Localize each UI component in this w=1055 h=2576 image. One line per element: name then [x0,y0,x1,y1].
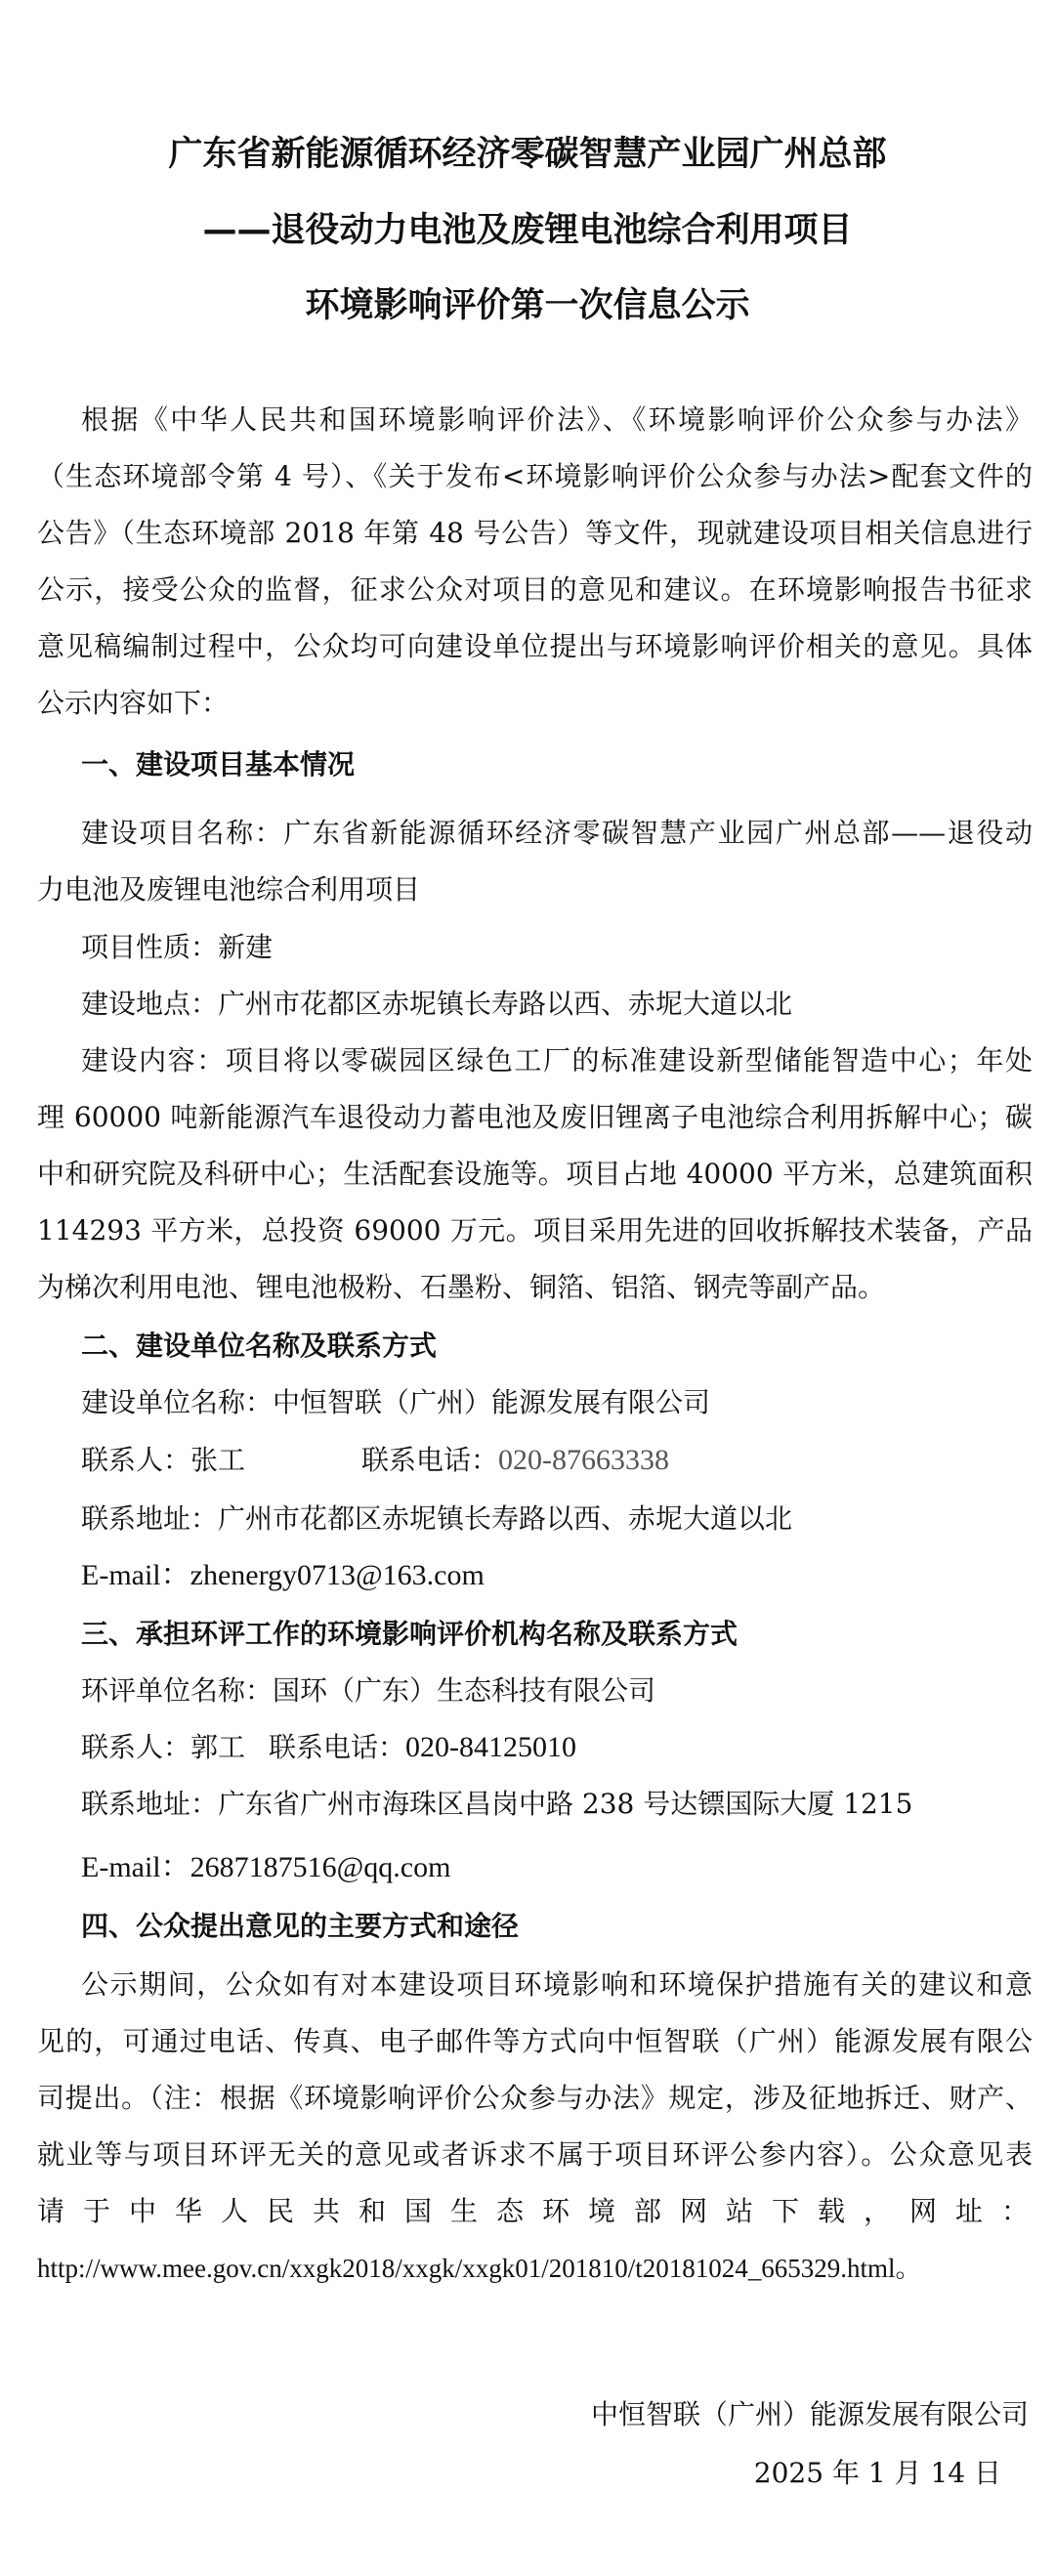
agency-phone: 联系电话：020-84125010 [269,1730,576,1765]
section-heading: 三、承担环评工作的环境影响评价机构名称及联系方式 [81,1617,738,1652]
intro-line: 公示内容如下： [37,686,229,721]
document-title-line-2: ——退役动力电池及废锂电池综合利用项目 [0,209,1055,252]
document-title-line-3: 环境影响评价第一次信息公示 [0,284,1055,327]
project-content-line: 中和研究院及科研中心；生活配套设施等。项目占地 40000 平方米，总建筑面积 [37,1157,1033,1192]
developer-address: 联系地址：广州市花都区赤坭镇长寿路以西、赤坭大道以北 [81,1501,792,1537]
feedback-line: 就业等与项目环评无关的意见或者诉求不属于项目环评公参内容）。公众意见表 [37,2137,1033,2173]
project-nature: 项目性质：新建 [81,930,273,965]
developer-phone: 联系电话：020-87663338 [361,1443,669,1478]
section-heading: 一、建设项目基本情况 [81,747,355,782]
intro-line: 公告》（生态环境部 2018 年第 48 号公告）等文件，现就建设项目相关信息进… [37,516,1033,551]
feedback-line: 见的，可通过电话、传真、电子邮件等方式向中恒智联（广州）能源发展有限公 [37,2024,1033,2059]
intro-line: 公示，接受公众的监督，征求公众对项目的意见和建议。在环境影响报告书征求 [37,572,1033,608]
developer-email: E-mail：zhenergy0713@163.com [81,1558,485,1593]
section-heading: 二、建设单位名称及联系方式 [81,1329,437,1364]
project-content-line: 理 60000 吨新能源汽车退役动力蓄电池及废旧锂离子电池综合利用拆解中心；碳 [37,1100,1033,1135]
phone-number: 020-87663338 [498,1444,669,1476]
feedback-url[interactable]: http://www.mee.gov.cn/xxgk2018/xxgk/xxgk… [37,2251,921,2286]
signature-date: 2025 年 1 月 14 日 [754,2456,1001,2491]
phone-label: 联系电话： [269,1731,405,1763]
phone-label: 联系电话： [361,1444,498,1476]
feedback-line: 司提出。（注：根据《环境影响评价公众参与办法》规定，涉及征地拆迁、财产、 [37,2081,1033,2116]
signature-company: 中恒智联（广州）能源发展有限公司 [591,2397,1029,2432]
agency-contact-person: 联系人：郭工 [81,1730,245,1765]
document-title-line-1: 广东省新能源循环经济零碳智慧产业园广州总部 [0,133,1055,176]
section-heading: 四、公众提出意见的主要方式和途径 [81,1909,519,1944]
intro-line: （生态环境部令第 4 号）、《关于发布<环境影响评价公众参与办法>配套文件的 [37,459,1033,494]
email-label: E-mail： [81,1559,190,1591]
project-content-line: 建设内容：项目将以零碳园区绿色工厂的标准建设新型储能智造中心；年处 [81,1043,1033,1078]
project-name-line: 建设项目名称：广东省新能源循环经济零碳智慧产业园广州总部——退役动 [81,816,1033,851]
feedback-line: 公示期间，公众如有对本建设项目环境影响和环境保护措施有关的建议和意 [81,1967,1033,2003]
project-content-line: 为梯次利用电池、锂电池极粉、石墨粉、铜箔、铝箔、钢壳等副产品。 [37,1270,885,1305]
intro-line: 根据《中华人民共和国环境影响评价法》、《环境影响评价公众参与办法》 [81,402,1033,438]
intro-line: 意见稿编制过程中，公众均可向建设单位提出与环境影响评价相关的意见。具体 [37,629,1033,664]
email-address[interactable]: 2687187516@qq.com [190,1851,451,1883]
agency-email: E-mail：2687187516@qq.com [81,1850,450,1885]
email-label: E-mail： [81,1851,190,1883]
project-name-line: 力电池及废锂电池综合利用项目 [37,872,420,908]
agency-unit-name: 环评单位名称：国环（广东）生态科技有限公司 [81,1673,655,1709]
feedback-line: 请于中华人民共和国生态环境部网站下载，网址： [37,2194,1033,2229]
phone-number: 020-84125010 [405,1731,576,1763]
project-content-line: 114293 平方米，总投资 69000 万元。项目采用先进的回收拆解技术装备，… [37,1213,1033,1248]
developer-contact-person: 联系人：张工 [81,1443,245,1478]
project-location: 建设地点：广州市花都区赤坭镇长寿路以西、赤坭大道以北 [81,987,792,1022]
email-address[interactable]: zhenergy0713@163.com [190,1559,485,1591]
developer-unit-name: 建设单位名称：中恒智联（广州）能源发展有限公司 [81,1385,710,1420]
agency-address: 联系地址：广东省广州市海珠区昌岗中路 238 号达镖国际大厦 1215 [81,1787,912,1822]
